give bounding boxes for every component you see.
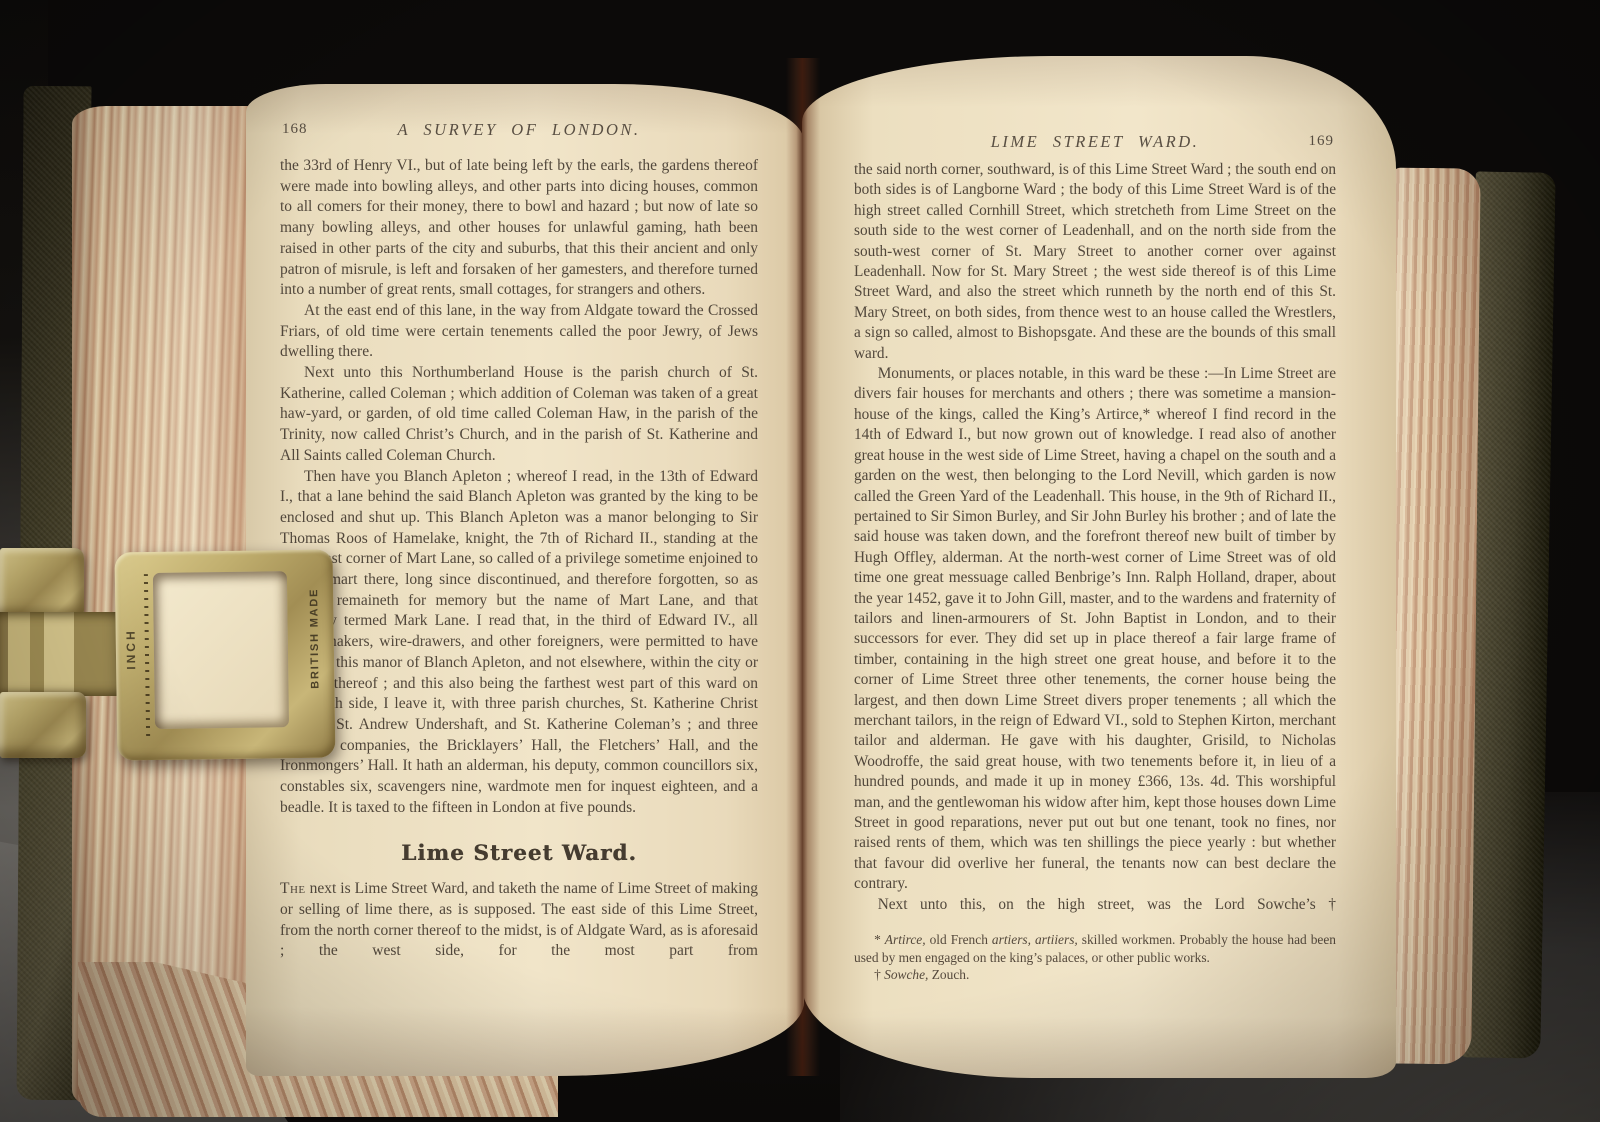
footnote-text: Zouch. <box>928 967 969 982</box>
right-page: LIME STREET WARD. 169 the said north cor… <box>802 56 1396 1078</box>
footnote-term: Sowche, <box>884 967 928 982</box>
right-page-text: the said north corner, southward, is of … <box>854 160 1336 984</box>
section-heading: Lime Street Ward. <box>280 844 758 865</box>
small-caps-lead: The <box>280 880 306 897</box>
clip-british-made-label: BRITISH MADE <box>308 588 321 689</box>
paragraph-continuation: next is Lime Street Ward, and taketh the… <box>280 880 758 959</box>
body-paragraph: the said north corner, southward, is of … <box>854 160 1336 364</box>
clip-frame: INCH BRITISH MADE <box>115 549 336 760</box>
clip-hinge-top-block <box>0 548 84 618</box>
footnote-marker: † <box>874 967 884 982</box>
book-gutter-shadow <box>786 58 820 1076</box>
clip-frame-opening <box>153 571 289 729</box>
footnote: * Artirce, old French artiers, artiiers,… <box>854 931 1336 966</box>
body-paragraph: Next unto this Northumberland House is t… <box>280 363 758 467</box>
clip-ruler-ticks <box>144 574 150 738</box>
body-paragraph: the 33rd of Henry VI., but of late being… <box>280 156 758 301</box>
body-paragraph: Monuments, or places notable, in this wa… <box>854 364 1336 895</box>
body-paragraph: The next is Lime Street Ward, and taketh… <box>280 879 758 962</box>
page-edges-right <box>1383 168 1480 1065</box>
running-title: LIME STREET WARD. <box>854 132 1336 152</box>
body-paragraph: Then have you Blanch Apleton ; whereof I… <box>280 467 758 819</box>
clip-hinge-bar <box>0 612 124 696</box>
left-page-header: 168 A SURVEY OF LONDON. <box>280 120 758 140</box>
footnote-term: Artirce, <box>885 932 926 947</box>
body-paragraph: Next unto this, on the high street, was … <box>854 895 1336 915</box>
clip-inch-label: INCH <box>124 628 139 670</box>
page-number: 169 <box>1309 133 1335 150</box>
left-page-text: the 33rd of Henry VI., but of late being… <box>280 156 758 962</box>
footnote-marker: * <box>874 932 885 947</box>
footnotes: * Artirce, old French artiers, artiiers,… <box>854 931 1336 984</box>
footnote-text: old French <box>926 932 992 947</box>
clip-hinge-bottom-block <box>0 692 86 758</box>
running-title: A SURVEY OF LONDON. <box>280 120 758 140</box>
footnote-term: artiers, artiiers, <box>992 932 1078 947</box>
body-paragraph: At the east end of this lane, in the way… <box>280 301 758 363</box>
page-number: 168 <box>282 121 308 138</box>
footnote: † Sowche, Zouch. <box>854 966 1336 984</box>
right-page-header: LIME STREET WARD. 169 <box>854 132 1336 152</box>
